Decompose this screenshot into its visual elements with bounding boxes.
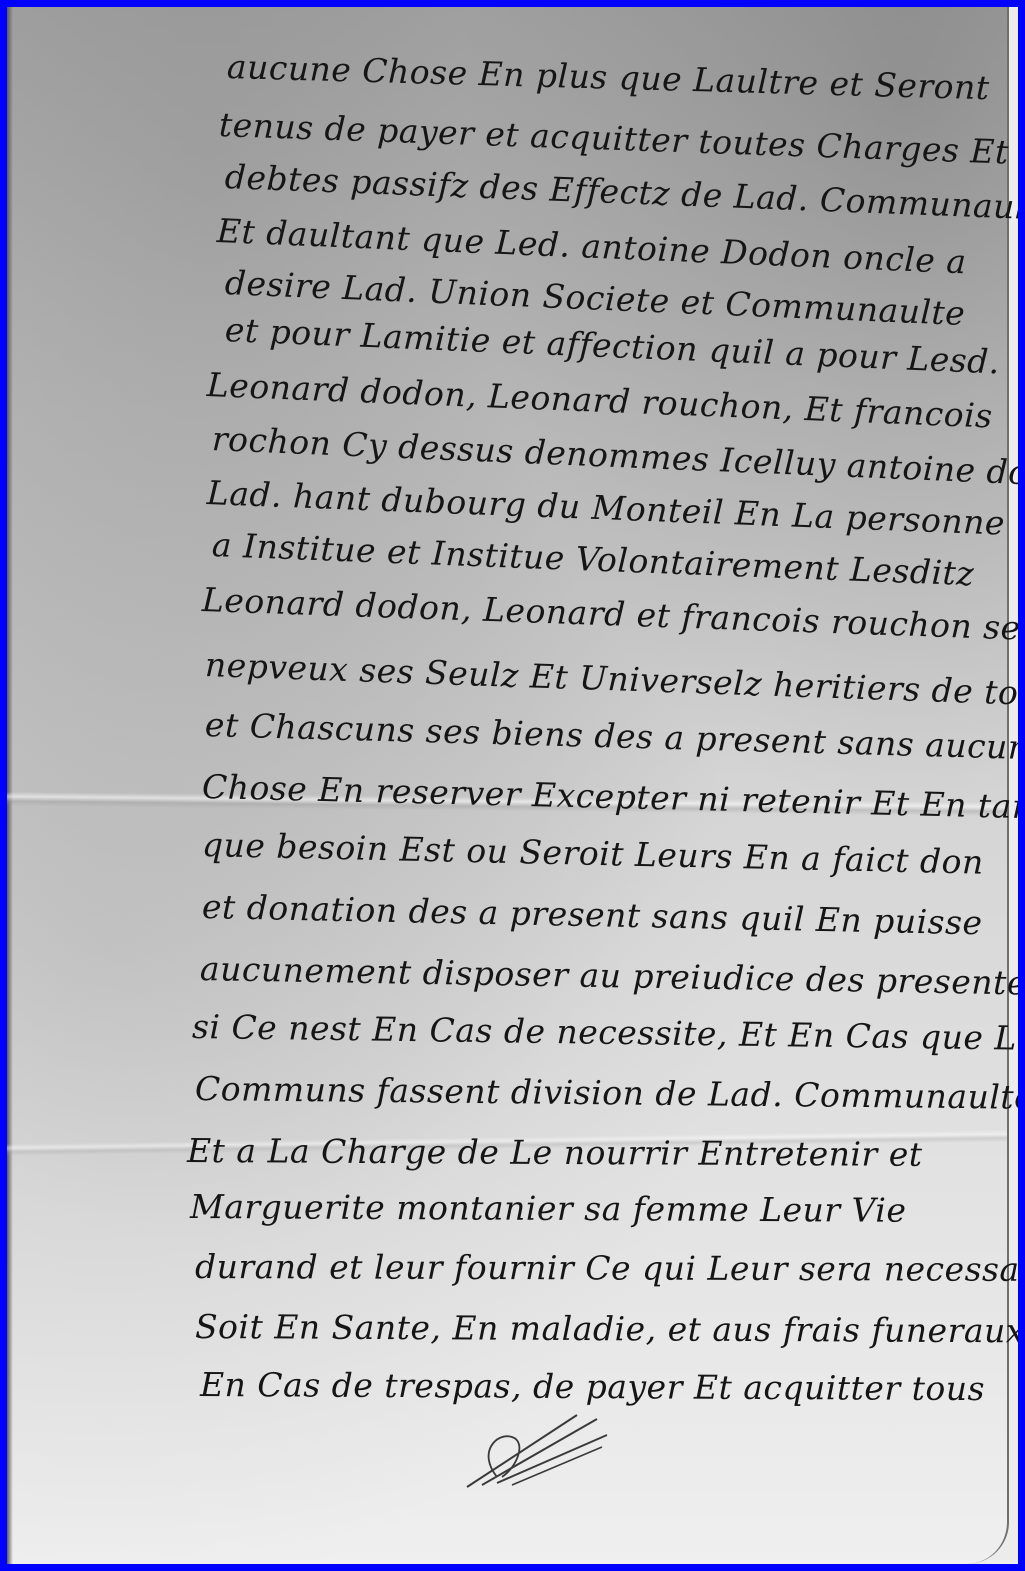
text-line-17: aucunement disposer au preiudice des pre… — [200, 949, 1018, 1003]
text-line-23: Soit En Sante, En maladie, et aus frais … — [195, 1307, 1018, 1350]
page-shadow-edge — [7, 7, 13, 1564]
text-line-19: Communs fassent division de Lad. Communa… — [195, 1069, 1018, 1117]
text-line-22: durand et leur fournir Ce qui Leur sera … — [195, 1247, 1018, 1289]
paraphe-flourish-icon — [457, 1407, 617, 1497]
text-line-1: aucune Chose En plus que Laultre et Sero… — [226, 47, 990, 107]
text-line-16: et donation des a present sans quil En p… — [202, 887, 983, 942]
text-line-12: nepveux ses Seulz Et Universelz heritier… — [204, 645, 1018, 714]
text-line-13: et Chascuns ses biens des a present sans… — [204, 705, 1018, 768]
text-line-18: si Ce nest En Cas de necessite, Et En Ca… — [192, 1007, 1018, 1058]
text-line-14: Chose En reserver Excepter ni retenir Et… — [202, 767, 1018, 827]
text-line-24: En Cas de trespas, de payer Et acquitter… — [200, 1365, 985, 1408]
text-line-21: Marguerite montanier sa femme Leur Vie — [190, 1187, 907, 1230]
manuscript-page: aucune Chose En plus que Laultre et Sero… — [7, 7, 1009, 1564]
document-frame: aucune Chose En plus que Laultre et Sero… — [7, 7, 1018, 1564]
text-line-20: Et a La Charge de Le nourrir Entretenir … — [187, 1131, 923, 1174]
text-line-15: que besoin Est ou Seroit Leurs En a faic… — [202, 825, 985, 882]
